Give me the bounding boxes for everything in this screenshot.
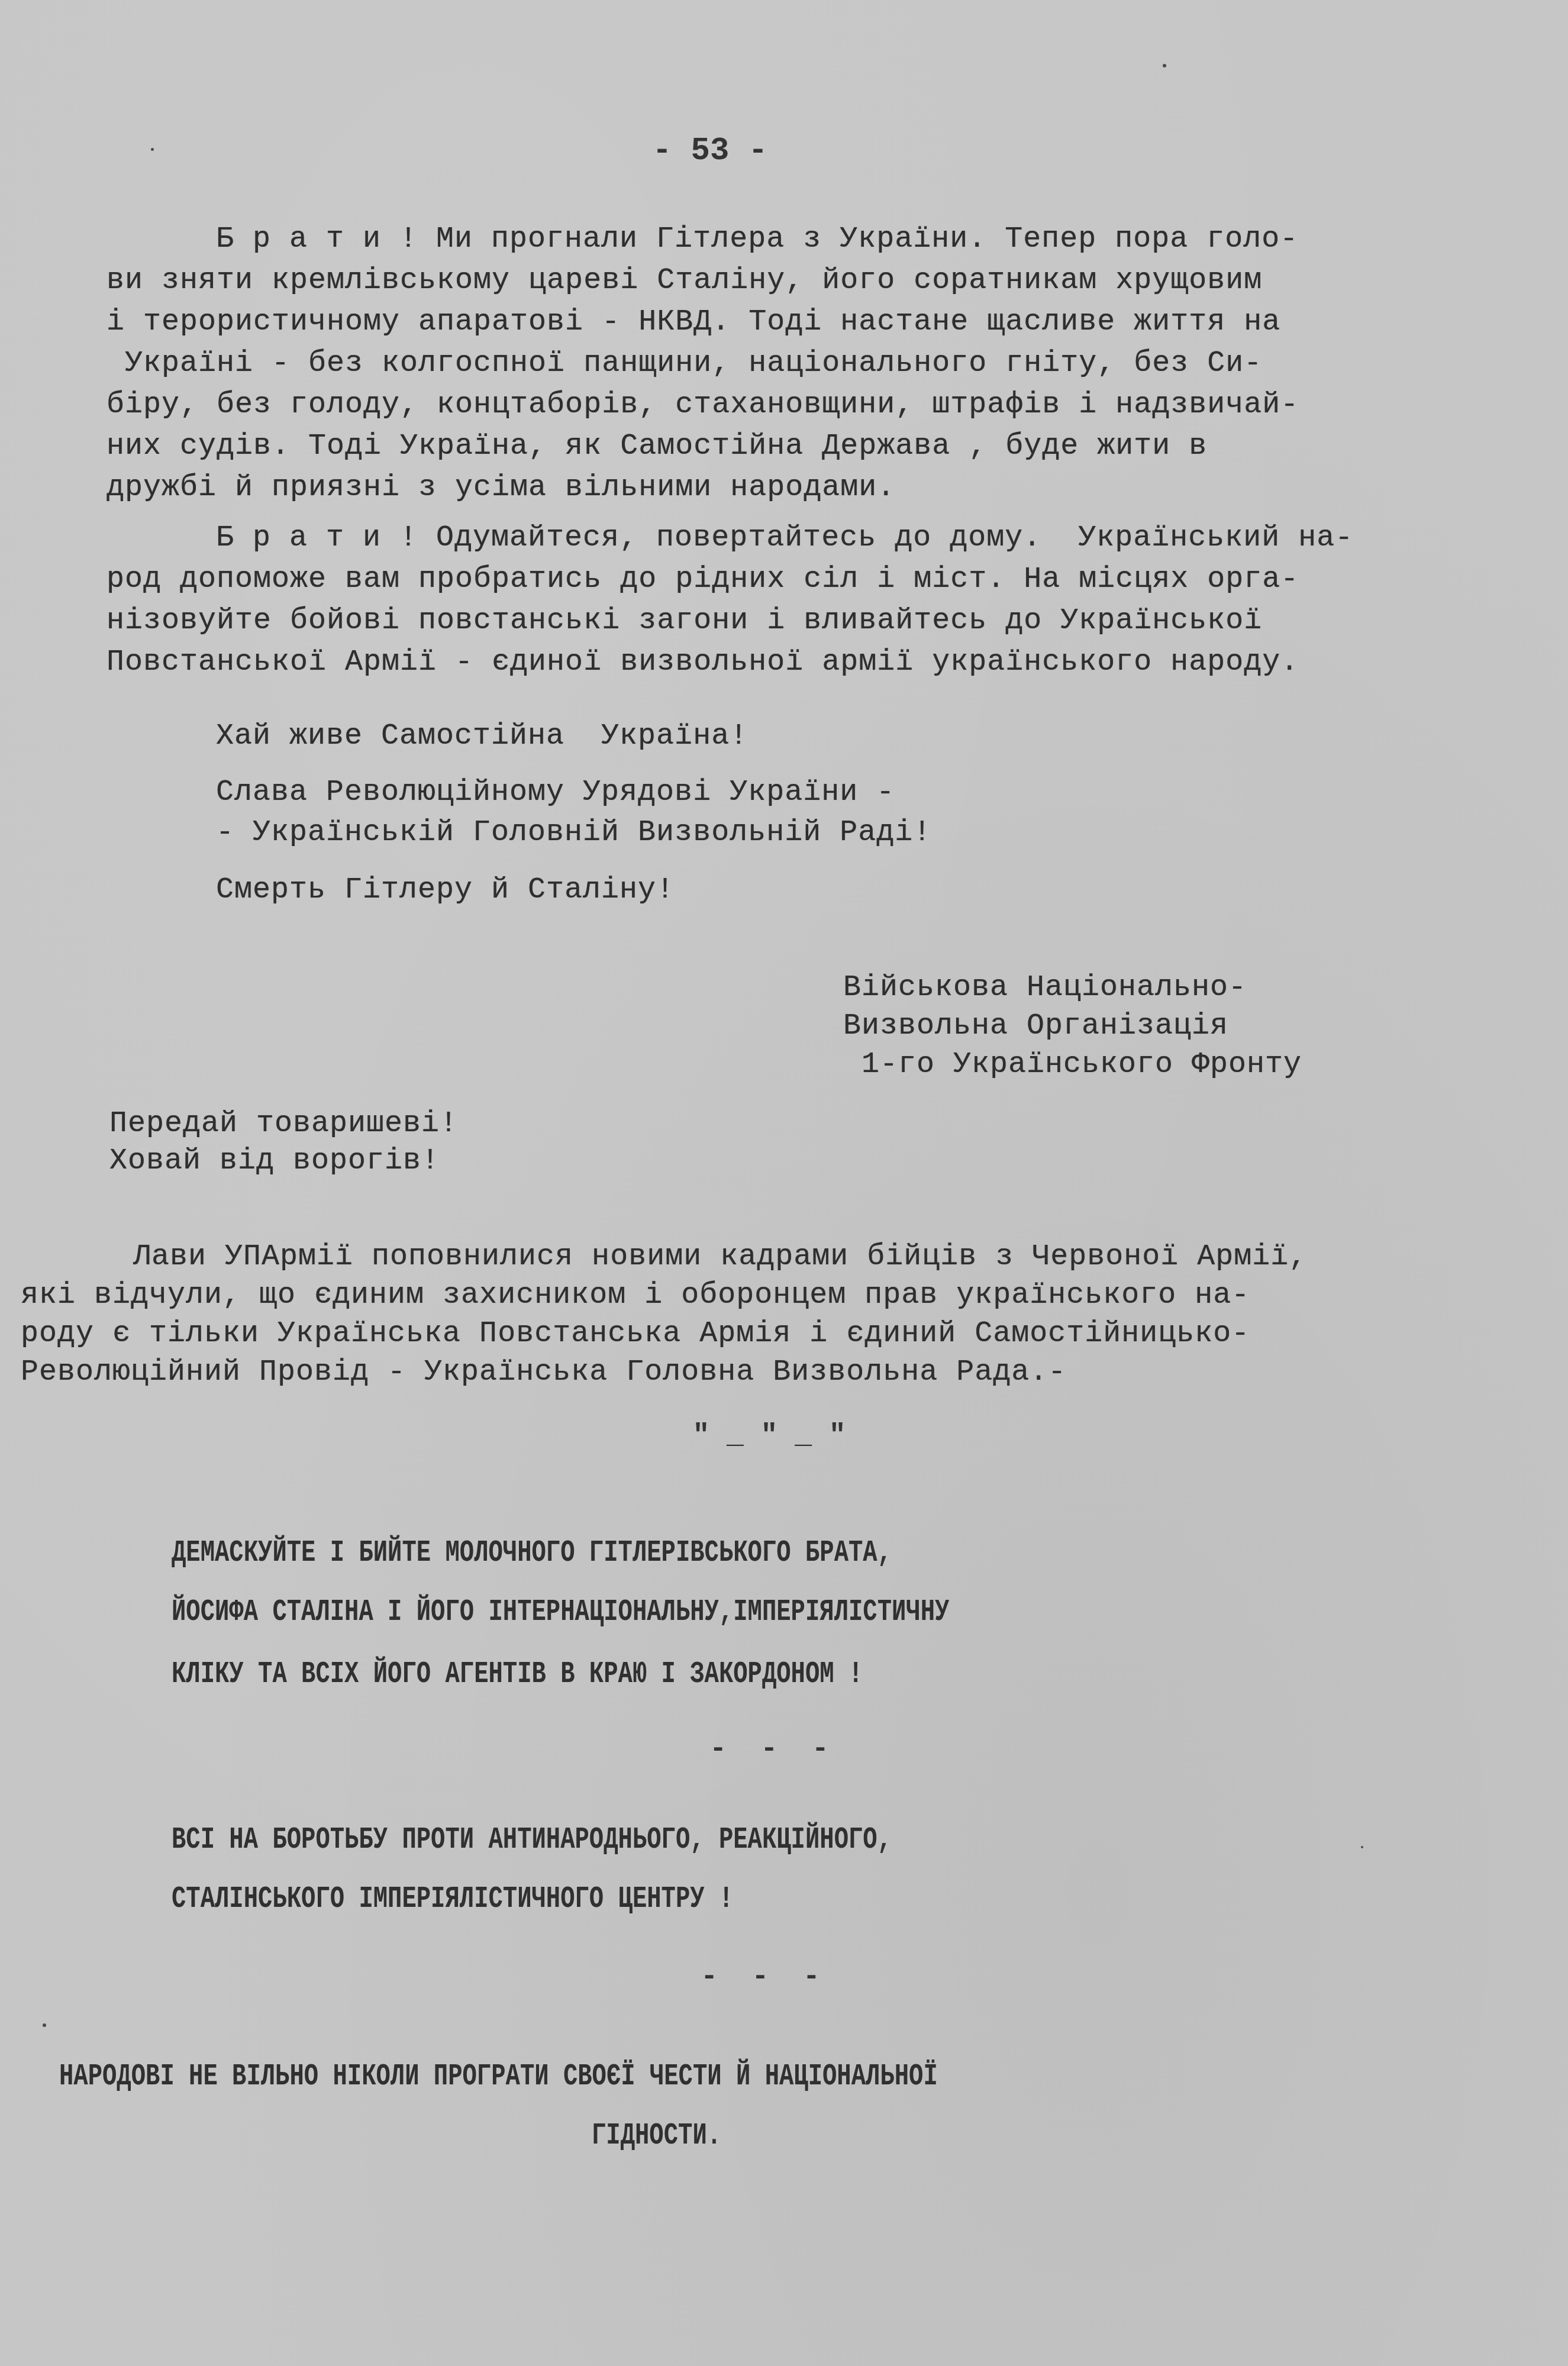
caps-line: КЛІКУ ТА ВСІХ ЙОГО АГЕНТІВ В КРАЮ І ЗАКО… xyxy=(172,1657,863,1692)
paragraph-line: Революційний Провід - Українська Головна… xyxy=(21,1355,1066,1390)
paragraph-line: Б р а т и ! Ми прогнали Гітлера з Україн… xyxy=(216,222,1298,257)
paragraph-line: Повстанської Армії - єдиної визвольної а… xyxy=(107,645,1299,680)
separator: - - - xyxy=(583,1961,938,1993)
pass-on-line: Ховай від ворогів! xyxy=(109,1144,440,1179)
slogan-line: Хай живе Самостійна Україна! xyxy=(216,719,748,754)
paragraph-line: род допоможе вам пробратись до рідних сі… xyxy=(107,562,1299,598)
paragraph-line: і терористичному апаратові - НКВД. Тоді … xyxy=(107,305,1280,340)
paper-speck xyxy=(43,2023,46,2027)
slogan-line: Смерть Гітлеру й Сталіну! xyxy=(216,873,675,908)
caps-line: ДЕМАСКУЙТЕ І БИЙТЕ МОЛОЧНОГО ГІТЛЕРІВСЬК… xyxy=(172,1535,892,1571)
signature-line: Визвольна Організація xyxy=(843,1009,1228,1044)
signature-line: Військова Національно- xyxy=(843,970,1247,1006)
page-number: - 53 - xyxy=(651,133,769,169)
paragraph-line: дружбі й приязні з усіма вільними народа… xyxy=(107,470,895,506)
paragraph-line: Лави УПАрмії поповнилися новими кадрами … xyxy=(133,1240,1307,1275)
signature-line: 1-го Українського Фронту xyxy=(843,1047,1302,1083)
caps-line: ЙОСИФА СТАЛІНА І ЙОГО ІНТЕРНАЦІОНАЛЬНУ,І… xyxy=(172,1594,949,1630)
caps-line: НАРОДОВІ НЕ ВІЛЬНО НІКОЛИ ПРОГРАТИ СВОЄЇ… xyxy=(59,2059,938,2094)
slogan-line: Слава Революційному Урядові України - xyxy=(216,775,895,811)
paragraph-line: Україні - без колгоспної панщини, націон… xyxy=(107,346,1262,382)
paragraph-line: нізовуйте бойові повстанські загони і вл… xyxy=(107,603,1262,639)
slogan-line: - Українській Головній Визвольній Раді! xyxy=(216,815,931,851)
paragraph-line: які відчули, що єдиним захисником і обор… xyxy=(21,1278,1250,1313)
paragraph-line: роду є тільки Українська Повстанська Арм… xyxy=(21,1316,1250,1352)
typewritten-document-page: - 53 - Б р а т и ! Ми прогнали Гітлера з… xyxy=(0,0,1568,2366)
caps-line: СТАЛІНСЬКОГО ІМПЕРІЯЛІСТИЧНОГО ЦЕНТРУ ! xyxy=(172,1881,733,1917)
paragraph-line: ви зняти кремлівському цареві Сталіну, й… xyxy=(107,263,1262,299)
separator: - - - xyxy=(592,1734,947,1765)
paragraph-line: Б р а т и ! Одумайтеся, повертайтесь до … xyxy=(216,521,1353,556)
paper-speck xyxy=(1163,64,1166,67)
paper-speck xyxy=(151,148,154,151)
separator: " _ " _ " xyxy=(592,1420,947,1452)
caps-line: ГІДНОСТИ. xyxy=(592,2118,721,2154)
pass-on-line: Передай товаришеві! xyxy=(109,1106,458,1142)
paragraph-line: них судів. Тоді Україна, як Самостійна Д… xyxy=(107,429,1207,464)
paragraph-line: біру, без голоду, концтаборів, стахановщ… xyxy=(107,388,1299,423)
paper-speck xyxy=(1361,1846,1363,1848)
caps-line: ВСІ НА БОРОТЬБУ ПРОТИ АНТИНАРОДНЬОГО, РЕ… xyxy=(172,1822,892,1858)
